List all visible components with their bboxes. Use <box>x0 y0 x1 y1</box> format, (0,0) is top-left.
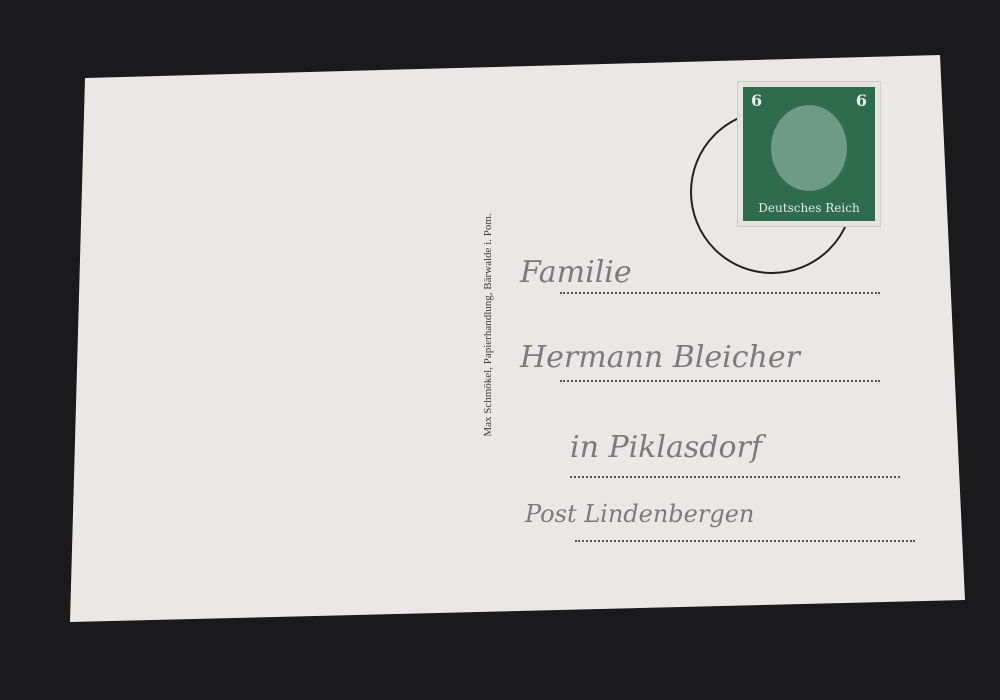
address-line-3: in Piklasdorf <box>570 430 762 465</box>
postage-stamp: 6 6 Deutsches Reich <box>738 82 880 226</box>
address-line-2: Hermann Bleicher <box>520 340 800 375</box>
address-rule <box>575 540 915 542</box>
publisher-imprint: Max Schmökel, Papierhandlung, Bärwalde i… <box>478 110 498 540</box>
address-line-4: Post Lindenbergen <box>525 500 754 528</box>
address-line-1: Familie <box>520 255 632 290</box>
portrait-icon <box>771 105 847 191</box>
address-rule <box>560 380 880 382</box>
address-rule <box>570 476 900 478</box>
address-rule <box>560 292 880 294</box>
